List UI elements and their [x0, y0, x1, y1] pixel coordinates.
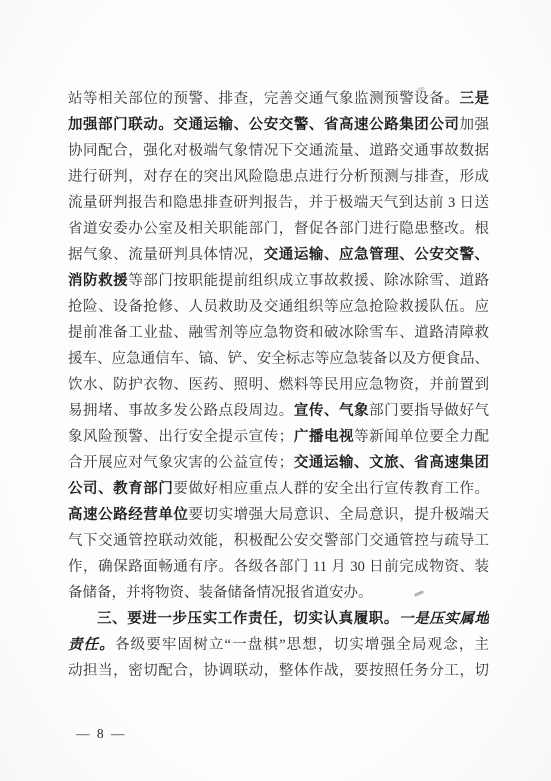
text-line: 加强部门联动。交通运输、公安交警、省高速公路集团公司加强	[68, 112, 489, 138]
text-line: 站等相关部位的预警、排查，完善交通气象监测预警设备。三是	[68, 86, 489, 112]
text-run: 易拥堵、事故多发公路点段周边。	[68, 403, 294, 419]
text-line: 进行研判，对存在的突出风险隐患点进行分析预测与排查，形成	[68, 164, 489, 190]
text-run: 三、要进一步压实工作责任，切实认真履职。	[97, 611, 399, 627]
text-line: 省道安委办公室及相关职能部门，督促各部门进行隐患整改。根	[68, 216, 489, 242]
text-run: 据气象、流量研判具体情况，	[68, 247, 264, 263]
text-run: 高速公路经营单位	[68, 507, 188, 523]
text-run: 气下交通管控联动效能，积极配公安交警部门交通管控与疏导工	[68, 533, 489, 549]
text-run: 加强	[459, 117, 489, 133]
text-run: 各级要牢固树立“一盘棋”思想，切实增强全局观念，主	[115, 637, 489, 653]
text-line: 消防救援等部门按职能提前组织成立事故救援、除冰除雪、道路	[68, 268, 489, 294]
text-line: 协同配合，强化对极端气象情况下交通流量、道路交通事故数据	[68, 138, 489, 164]
text-run: 广播电视	[293, 429, 354, 445]
text-run: 要切实增强大局意识、全局意识，提升极端天	[188, 507, 489, 523]
text-line: 三、要进一步压实工作责任，切实认真履职。一是压实属地	[68, 606, 489, 632]
text-run: 交通运输、公安交警、省高速公路集团公司	[173, 117, 459, 133]
text-run: 站等相关部位的预警、排查，完善交通气象监测预警设备。	[68, 91, 459, 107]
text-line: 动担当，密切配合，协调联动，整体作战，要按照任务分工，切	[68, 658, 489, 684]
text-run: 交通运输、应急管理、公安交警、	[264, 247, 489, 263]
text-run: 援车、应急通信车、镐、铲、安全标志等应急装备以及方便食品、	[68, 351, 489, 367]
document-page: 站等相关部位的预警、排查，完善交通气象监测预警设备。三是加强部门联动。交通运输、…	[0, 0, 551, 781]
text-run: 加强部门联动。	[68, 117, 173, 133]
text-line: 气下交通管控联动效能，积极配公安交警部门交通管控与疏导工	[68, 528, 489, 554]
text-line: 象风险预警、出行安全提示宣传；广播电视等新闻单位要全力配	[68, 424, 489, 450]
text-run: 三是	[459, 91, 489, 107]
text-line: 高速公路经营单位要切实增强大局意识、全局意识，提升极端天	[68, 502, 489, 528]
text-run: 进行研判，对存在的突出风险隐患点进行分析预测与排查，形成	[68, 169, 489, 185]
text-line: 流量研判报告和隐患排查研判报告，并于极端天气到达前 3 日送	[68, 190, 489, 216]
text-line: 据气象、流量研判具体情况，交通运输、应急管理、公安交警、	[68, 242, 489, 268]
text-run: 提前准备工业盐、融雪剂等应急物资和破冰除雪车、道路清障救	[68, 325, 489, 341]
text-line: 责任。各级要牢固树立“一盘棋”思想，切实增强全局观念，主	[68, 632, 489, 658]
text-run: 象风险预警、出行安全提示宣传；	[68, 429, 293, 445]
text-line: 援车、应急通信车、镐、铲、安全标志等应急装备以及方便食品、	[68, 346, 489, 372]
text-run: 等部门按职能提前组织成立事故救援、除冰除雪、道路	[128, 273, 489, 289]
text-line: 作，确保路面畅通有序。各级各部门 11 月 30 日前完成物资、装	[68, 554, 489, 580]
text-run: 流量研判报告和隐患排查研判报告，并于极端天气到达前 3 日送	[68, 195, 489, 211]
text-run: 部门要指导做好气	[369, 403, 489, 419]
text-run: 省道安委办公室及相关职能部门，督促各部门进行隐患整改。根	[68, 221, 489, 237]
text-line: 易拥堵、事故多发公路点段周边。宣传、气象部门要指导做好气	[68, 398, 489, 424]
text-run: 公司、教育部门	[68, 481, 173, 497]
text-run: 合开展应对气象灾害的公益宣传；	[68, 455, 293, 471]
text-run: 责任。	[68, 637, 115, 653]
text-line: 公司、教育部门要做好相应重点人群的安全出行宣传教育工作。	[68, 476, 489, 502]
text-run: 抢险、设备抢修、人员救助及交通组织等应急抢险救援队伍。应	[68, 299, 489, 315]
text-run: 动担当，密切配合，协调联动，整体作战，要按照任务分工，切	[68, 663, 489, 679]
text-run: 作，确保路面畅通有序。各级各部门 11 月 30 日前完成物资、装	[68, 559, 489, 575]
text-line: 饮水、防护衣物、医药、照明、燃料等民用应急物资，并前置到	[68, 372, 489, 398]
text-line: 备储备，并将物资、装备储备情况报省道安办。	[68, 580, 489, 606]
page-number: — 8 —	[76, 726, 127, 742]
text-line: 提前准备工业盐、融雪剂等应急物资和破冰除雪车、道路清障救	[68, 320, 489, 346]
text-run: 备储备，并将物资、装备储备情况报省道安办。	[68, 585, 373, 601]
text-run: 协同配合，强化对极端气象情况下交通流量、道路交通事故数据	[68, 143, 489, 159]
text-run: 饮水、防护衣物、医药、照明、燃料等民用应急物资，并前置到	[68, 377, 489, 393]
text-run: 交通运输、文旅、省高速集团	[293, 455, 489, 471]
text-run: 要做好相应重点人群的安全出行宣传教育工作。	[173, 481, 489, 497]
text-line: 抢险、设备抢修、人员救助及交通组织等应急抢险救援队伍。应	[68, 294, 489, 320]
text-run: 一是压实属地	[399, 611, 489, 627]
document-text-block: 站等相关部位的预警、排查，完善交通气象监测预警设备。三是加强部门联动。交通运输、…	[68, 86, 489, 684]
text-run: 消防救援	[68, 273, 128, 289]
text-run: 等新闻单位要全力配	[354, 429, 489, 445]
text-run: 宣传、气象	[294, 403, 369, 419]
text-line: 合开展应对气象灾害的公益宣传；交通运输、文旅、省高速集团	[68, 450, 489, 476]
